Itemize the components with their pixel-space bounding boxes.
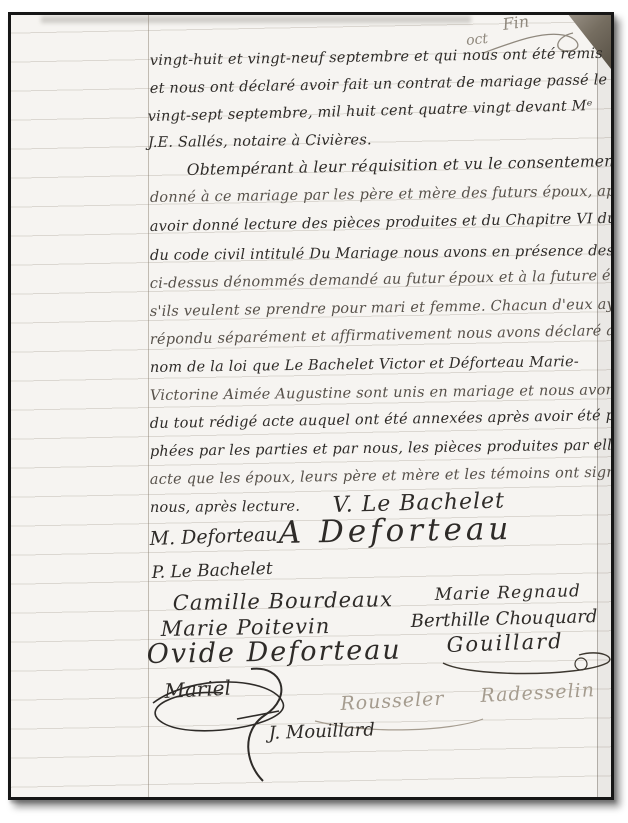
signature-marie-regnaud: Marie Regnaud — [434, 581, 581, 605]
manuscript-line: Victorine Aimée Augustine sont unis en m… — [150, 382, 614, 404]
signature-camille-bourdeaux: Camille Bourdeaux — [173, 587, 394, 615]
manuscript-line: s'ils veulent se prendre pour mari et fe… — [150, 296, 614, 320]
signature-j-mouillard: J. Mouillard — [268, 719, 375, 744]
signature-berthille-chouquard: Berthille Chouquard — [410, 606, 597, 632]
page-right-edge — [597, 15, 611, 797]
manuscript-line: donné à ce mariage par les père et mère … — [150, 183, 614, 206]
signature-mariel: Mariel — [164, 676, 232, 703]
manuscript-line: répondu séparément et affirmativement no… — [150, 323, 614, 348]
manuscript-line: nous, après lecture. — [150, 499, 300, 516]
manuscript-line: avoir donné lecture des pièces produites… — [150, 210, 614, 235]
manuscript-line: phées par les parties et par nous, les p… — [150, 437, 614, 460]
manuscript-line: du tout rédigé acte auquel ont été annex… — [150, 407, 614, 432]
manuscript-line: ci-dessus dénommés demandé au futur épou… — [150, 267, 614, 292]
signature-m-deforteau: M. Deforteau — [149, 524, 278, 550]
manuscript-line: nom de la loi que Le Bachelet Victor et … — [150, 354, 579, 376]
manuscript-line: vingt-huit et vingt-neuf septembre et qu… — [150, 46, 603, 69]
signature-gouillard: Gouillard — [446, 629, 564, 657]
manuscript-line: vingt-sept septembre, mil huit cent quat… — [148, 98, 593, 125]
manuscript-line: et nous ont déclaré avoir fait un contra… — [150, 72, 608, 97]
scanned-page: Fin oct vingt-huit et vingt-neuf septemb… — [8, 12, 614, 800]
signature-p-le-bachelet: P. Le Bachelet — [151, 559, 273, 583]
manuscript-line: J.E. Sallés, notaire à Civières. — [148, 132, 372, 151]
scan-smudge — [41, 16, 471, 23]
manuscript-line: Obtempérant à leur réquisition et vu le … — [187, 152, 614, 179]
signature-radesselin: Radesselin — [480, 679, 596, 707]
manuscript-line: du code civil intitulé Du Mariage nous a… — [150, 242, 614, 264]
manuscript-line: acte que les époux, leurs père et mère e… — [150, 464, 614, 488]
signature-a-deforteau-large: A Deforteau — [278, 511, 512, 551]
